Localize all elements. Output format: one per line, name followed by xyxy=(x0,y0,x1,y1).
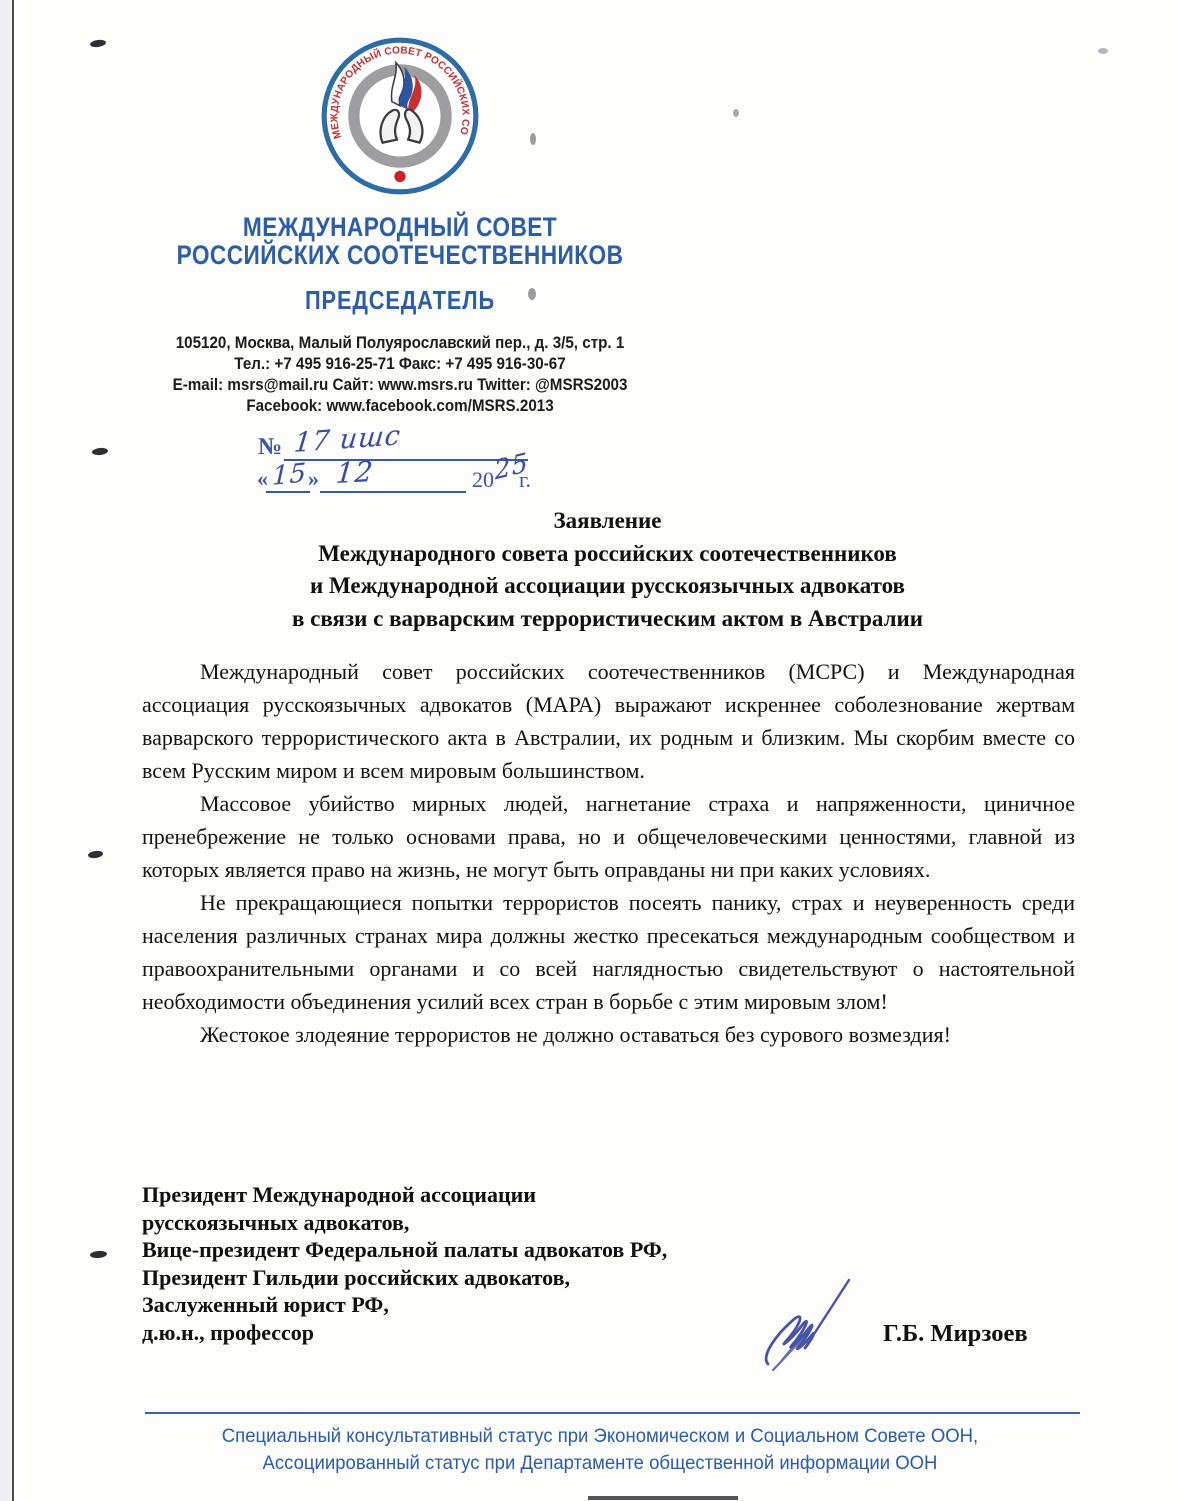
date-day-handwritten: 15 xyxy=(272,458,308,492)
organization-logo-icon: МЕЖДУНАРОДНЫЙ СОВЕТ РОССИЙСКИХ СООТЕЧЕСТ… xyxy=(318,34,482,198)
contact-block: 105120, Москва, Малый Полуярославский пе… xyxy=(87,333,713,417)
date-open-quote: « xyxy=(257,466,268,492)
scan-left-margin xyxy=(0,0,12,1501)
organization-name-line2: РОССИЙСКИХ СООТЕЧЕСТВЕННИКОВ xyxy=(114,241,685,269)
signer-name: Г.Б. Мирзоев xyxy=(883,1320,1028,1348)
scan-speck xyxy=(733,109,739,117)
reference-number-label: № xyxy=(258,434,282,461)
organization-name: МЕЖДУНАРОДНЫЙ СОВЕТ РОССИЙСКИХ СООТЕЧЕСТ… xyxy=(114,213,685,269)
signer-title-line: русскоязычных адвокатов, xyxy=(142,1209,842,1237)
scan-speck xyxy=(530,133,536,145)
handwritten-signature xyxy=(748,1272,868,1382)
date-day-line xyxy=(266,491,310,493)
title-line: в связи с варварским террористическим ак… xyxy=(140,603,1075,636)
footer-divider xyxy=(145,1412,1080,1414)
organization-name-line1: МЕЖДУНАРОДНЫЙ СОВЕТ xyxy=(114,213,685,241)
reference-number-line xyxy=(284,459,528,461)
scan-speck xyxy=(88,850,104,859)
signer-title-line: Президент Международной ассоциации xyxy=(142,1181,842,1209)
date-year-prefix: 20 xyxy=(472,467,494,493)
date-year-suffix: г. xyxy=(519,467,531,493)
role-title: ПРЕДСЕДАТЕЛЬ xyxy=(114,285,685,316)
scan-speck xyxy=(1098,48,1108,54)
signer-title-line: Вице-президент Федеральной палаты адвока… xyxy=(142,1236,842,1264)
reference-number-handwritten: 17 ишс xyxy=(292,420,402,459)
address-line: 105120, Москва, Малый Полуярославский пе… xyxy=(87,333,713,354)
date-close-quote: » xyxy=(308,466,319,492)
footer-status: Специальный консультативный статус при Э… xyxy=(116,1423,1085,1477)
scanned-letter-page: МЕЖДУНАРОДНЫЙ СОВЕТ РОССИЙСКИХ СООТЕЧЕСТ… xyxy=(0,0,1179,1501)
footer-status-line2: Ассоциированный статус при Департаменте … xyxy=(116,1450,1085,1477)
signer-title-line: Президент Гильдии российских адвокатов, xyxy=(142,1264,842,1292)
body-paragraph: Массовое убийство мирных людей, нагнетан… xyxy=(142,787,1075,886)
title-line: Заявление xyxy=(140,505,1075,538)
signer-title-line: д.ю.н., профессор xyxy=(142,1319,842,1347)
signer-titles: Президент Международной ассоциации русск… xyxy=(142,1181,842,1347)
email-site-twitter-line: E-mail: msrs@mail.ru Сайт: www.msrs.ru T… xyxy=(87,375,713,396)
signer-title-line: Заслуженный юрист РФ, xyxy=(142,1291,842,1319)
title-line: и Международной ассоциации русскоязычных… xyxy=(140,570,1075,603)
document-title: Заявление Международного совета российск… xyxy=(140,505,1075,635)
date-month-handwritten: 12 xyxy=(335,455,375,490)
body-paragraph: Международный совет российских соотечест… xyxy=(142,655,1075,787)
scan-bottom-edge xyxy=(588,1496,738,1500)
date-month-line xyxy=(320,491,466,493)
phone-fax-line: Тел.: +7 495 916-25-71 Факс: +7 495 916-… xyxy=(87,354,713,375)
title-line: Международного совета российских соотече… xyxy=(140,538,1075,571)
footer-status-line1: Специальный консультативный статус при Э… xyxy=(116,1423,1085,1450)
facebook-line: Facebook: www.facebook.com/MSRS.2013 xyxy=(87,396,713,417)
scan-speck xyxy=(90,1250,108,1258)
logo-red-dot xyxy=(394,171,405,182)
body-paragraph: Не прекращающиеся попытки террористов по… xyxy=(142,886,1075,1018)
scan-edge-line xyxy=(12,0,14,1501)
scan-speck xyxy=(90,39,107,48)
scan-speck xyxy=(92,447,109,456)
body-paragraph: Жестокое злодеяние террористов не должно… xyxy=(142,1018,1075,1051)
document-body: Международный совет российских соотечест… xyxy=(142,655,1075,1051)
